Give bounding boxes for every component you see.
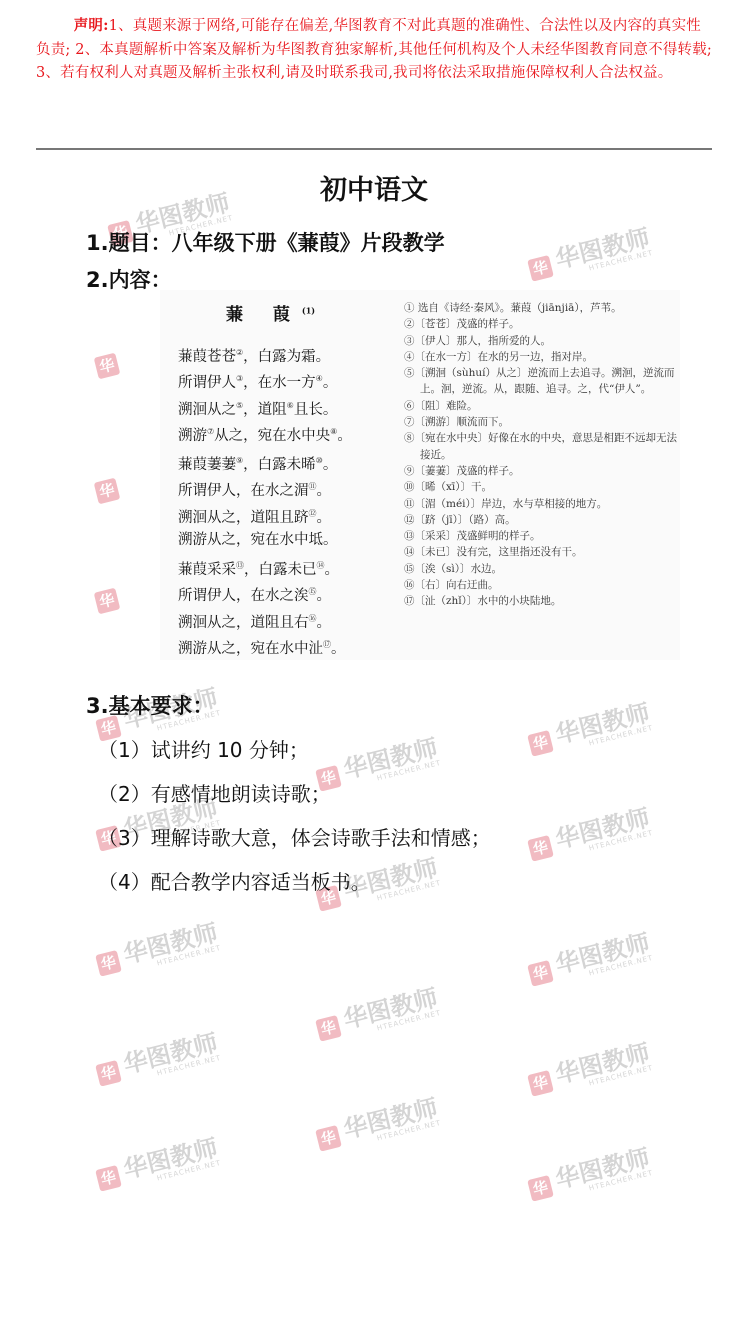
note-item: ⑯〔右〕向右迂曲。 [404, 577, 680, 593]
poem-line: 溯洄从之，道阻且跻⑫。 [178, 503, 338, 529]
poem-line: 溯游从之，宛在水中沚⑰。 [178, 634, 346, 660]
poem-line: 蒹葭萋萋⑨，白露未晞⑩。 [178, 450, 338, 476]
note-item: ⑤〔溯洄（sùhuí）从之〕逆流而上去追寻。溯洄，逆流而上。洄，逆流。从，跟随、… [404, 365, 680, 398]
note-item: ⑦〔溯游〕顺流而下。 [404, 414, 680, 430]
disclaimer: 声明:1、真题来源于网络,可能存在偏差,华图教育不对此真题的准确性、合法性以及内… [36, 14, 712, 86]
note-item: ⑭〔未已〕没有完，这里指还没有干。 [404, 544, 680, 560]
poem-line: 所谓伊人③，在水一方④。 [178, 368, 352, 394]
watermark-logo-icon: 华 [527, 835, 554, 862]
watermark: 华华图教师HTEACHER.NET [94, 1135, 222, 1196]
watermark-logo-icon: 华 [527, 255, 554, 282]
watermark-logo-icon: 华 [527, 1175, 554, 1202]
watermark-logo-icon: 华 [527, 730, 554, 757]
note-item: ⑫〔跻（jī）〕（路）高。 [404, 512, 680, 528]
watermark: 华华图教师HTEACHER.NET [526, 700, 654, 761]
poem-notes: ① 选自《诗经·秦风》。蒹葭（jiānjiā），芦苇。 ②〔苍苍〕茂盛的样子。 … [404, 300, 680, 610]
watermark: 华华图教师HTEACHER.NET [94, 920, 222, 981]
poem-line: 溯游从之，宛在水中坻。 [178, 529, 338, 552]
divider [36, 148, 712, 150]
stanza-2: 蒹葭萋萋⑨，白露未晞⑩。 所谓伊人，在水之湄⑪。 溯洄从之，道阻且跻⑫。 溯游从… [178, 450, 338, 551]
requirement-item: （3）理解诗歌大意，体会诗歌手法和情感； [98, 822, 491, 851]
note-item: ④〔在水一方〕在水的另一边，指对岸。 [404, 349, 680, 365]
page-title: 初中语文 [0, 168, 748, 207]
watermark: 华华图教师HTEACHER.NET [314, 1095, 442, 1156]
poem-line: 溯洄从之，道阻且右⑯。 [178, 608, 346, 634]
watermark-logo-icon: 华 [95, 950, 122, 977]
poem-line: 溯游⑦从之，宛在水中央⑧。 [178, 421, 352, 447]
watermark-logo-icon: 华 [94, 353, 121, 380]
poem-line: 所谓伊人，在水之湄⑪。 [178, 476, 338, 502]
watermark: 华 [94, 588, 121, 615]
stanza-3: 蒹葭采采⑬，白露未已⑭。 所谓伊人，在水之涘⑮。 溯洄从之，道阻且右⑯。 溯游从… [178, 555, 346, 660]
note-item: ⑨〔萋萋〕茂盛的样子。 [404, 463, 680, 479]
note-item: ⑰〔沚（zhǐ）〕水中的小块陆地。 [404, 593, 680, 609]
watermark: 华华图教师HTEACHER.NET [314, 985, 442, 1046]
watermark-logo-icon: 华 [315, 1015, 342, 1042]
watermark: 华华图教师HTEACHER.NET [526, 1040, 654, 1101]
disclaimer-text: 1、真题来源于网络,可能存在偏差,华图教育不对此真题的准确性、合法性以及内容的真… [36, 18, 712, 81]
requirement-item: （2）有感情地朗读诗歌； [98, 778, 331, 807]
note-item: ⑥〔阻〕难险。 [404, 398, 680, 414]
disclaimer-label: 声明: [74, 17, 109, 34]
watermark: 华华图教师HTEACHER.NET [526, 225, 654, 286]
watermark: 华 [94, 353, 121, 380]
watermark: 华华图教师HTEACHER.NET [94, 1030, 222, 1091]
requirements-heading: 3.基本要求： [86, 690, 214, 720]
watermark-logo-icon: 华 [95, 1165, 122, 1192]
watermark-logo-icon: 华 [95, 1060, 122, 1087]
watermark-logo-icon: 华 [527, 1070, 554, 1097]
watermark-logo-icon: 华 [527, 960, 554, 987]
note-item: ⑮〔涘（sì）〕水边。 [404, 561, 680, 577]
note-item: ③〔伊人〕那人，指所爱的人。 [404, 333, 680, 349]
poem-line: 蒹葭苍苍②，白露为霜。 [178, 342, 352, 368]
note-item: ⑩〔晞（xī）〕干。 [404, 479, 680, 495]
note-item: ① 选自《诗经·秦风》。蒹葭（jiānjiā），芦苇。 [404, 300, 680, 316]
requirement-item: （1）试讲约 10 分钟； [98, 734, 309, 763]
poem-title: 蒹 葭(1) [226, 300, 315, 325]
watermark: 华华图教师HTEACHER.NET [526, 805, 654, 866]
poem-figure: 蒹 葭(1) 蒹葭苍苍②，白露为霜。 所谓伊人③，在水一方④。 溯洄从之⑤，道阻… [160, 290, 680, 660]
content-heading: 2.内容： [86, 264, 172, 294]
watermark: 华 [94, 478, 121, 505]
note-item: ⑬〔采采〕茂盛鲜明的样子。 [404, 528, 680, 544]
note-item: ②〔苍苍〕茂盛的样子。 [404, 316, 680, 332]
poem-line: 所谓伊人，在水之涘⑮。 [178, 581, 346, 607]
watermark-logo-icon: 华 [94, 588, 121, 615]
poem-line: 溯洄从之⑤，道阻⑥且长。 [178, 395, 352, 421]
watermark: 华华图教师HTEACHER.NET [314, 735, 442, 796]
poem-line: 蒹葭采采⑬，白露未已⑭。 [178, 555, 346, 581]
watermark-logo-icon: 华 [94, 478, 121, 505]
watermark: 华华图教师HTEACHER.NET [526, 1145, 654, 1206]
watermark: 华华图教师HTEACHER.NET [526, 930, 654, 991]
requirement-item: （4）配合教学内容适当板书。 [98, 866, 371, 895]
note-item: ⑪〔湄（méi）〕岸边，水与草相接的地方。 [404, 496, 680, 512]
watermark-logo-icon: 华 [315, 1125, 342, 1152]
stanza-1: 蒹葭苍苍②，白露为霜。 所谓伊人③，在水一方④。 溯洄从之⑤，道阻⑥且长。 溯游… [178, 342, 352, 447]
note-item: ⑧〔宛在水中央〕好像在水的中央，意思是相距不远却无法接近。 [404, 430, 680, 463]
topic-heading: 1.题目：八年级下册《蒹葭》片段教学 [86, 227, 445, 257]
